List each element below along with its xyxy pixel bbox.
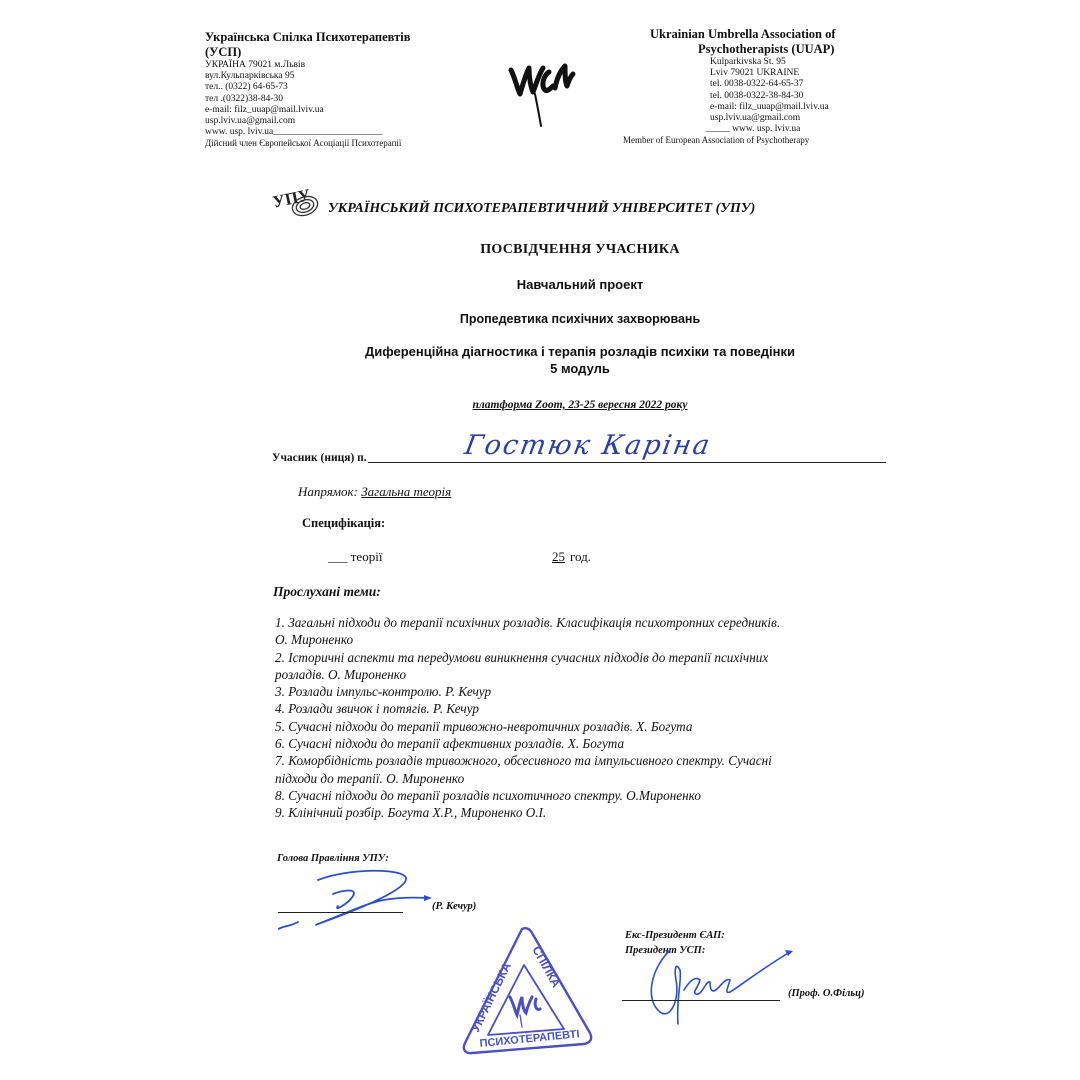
org-name-ua: Українська Спілка Психотерапевтів: [205, 30, 495, 45]
direction-row: Напрямок: Загальна теорія: [298, 484, 451, 500]
email-line: e-mail: filz_uuap@mail.lviv.ua: [205, 105, 495, 116]
topic-item: розладів. О. Мироненко: [275, 666, 895, 683]
theory-blank: ___: [328, 549, 348, 564]
module-title: Диференційна діагностика і терапія розла…: [0, 343, 1080, 360]
org-abbr-en: Psychotherapists (UUAP): [620, 42, 910, 57]
topic-item: 7. Коморбідність розладів тривожного, об…: [275, 752, 895, 769]
project-label: Навчальний проект: [0, 277, 1080, 292]
topic-item: 1. Загальні підходи до терапії психічних…: [275, 614, 895, 631]
topic-item: 3. Розлади імпульс-контролю. Р. Кечур: [275, 683, 895, 700]
topic-item: підходи до терапії. О. Мироненко: [275, 770, 895, 787]
email-line: usp.lviv.ua@gmail.com: [205, 116, 495, 127]
topic-item: 5. Сучасні підходи до терапії тривожно-н…: [275, 718, 895, 735]
address-line: Kulparkivska St. 95: [620, 57, 910, 68]
theory-row: ___ теорії: [328, 549, 382, 565]
course-title: Пропедевтика психічних захворювань: [0, 312, 1080, 326]
email-line: usp.lviv.ua@gmail.com: [620, 113, 910, 124]
head-signature-line: [278, 912, 403, 913]
membership-line: Member of European Association of Psycho…: [620, 135, 910, 146]
participant-underline: [368, 462, 886, 463]
module-block: Диференційна діагностика і терапія розла…: [0, 343, 1080, 377]
hours-value: 25: [552, 549, 565, 564]
topic-item: 8. Сучасні підходи до терапії розладів п…: [275, 787, 895, 804]
certificate-title: ПОСВІДЧЕННЯ УЧАСНИКА: [0, 242, 1080, 258]
upu-logo-icon: УПУ: [272, 182, 322, 220]
president-signature-icon: [640, 940, 800, 1030]
address-line: вул.Кульпарківська 95: [205, 71, 495, 82]
website-line: www. usp. lviv.ua_______________________: [205, 127, 495, 138]
direction-value: Загальна теорія: [361, 484, 451, 499]
head-signature-icon: [278, 866, 478, 934]
email-line: e-mail: filz_uuap@mail.lviv.ua: [620, 102, 910, 113]
head-label: Голова Правління УПУ:: [277, 853, 389, 864]
phone-line: тел .(0322)38-84-30: [205, 94, 495, 105]
topic-item: О. Мироненко: [275, 631, 895, 648]
website-line: _____ www. usp. lviv.ua: [620, 124, 910, 135]
phone-line: tel. 0038-0322-38-84-30: [620, 91, 910, 102]
topic-item: 4. Розлади звичок і потягів. Р. Кечур: [275, 700, 895, 717]
address-line: УКРАЇНА 79021 м.Львів: [205, 60, 495, 71]
hours-unit: год.: [570, 549, 591, 564]
topic-item: 2. Історичні аспекти та передумови виник…: [275, 649, 895, 666]
direction-label: Напрямок:: [298, 484, 361, 499]
president-name: (Проф. О.Фільц): [788, 988, 865, 999]
topic-item: 9. Клінічний розбір. Богута Х.Р., Мироне…: [275, 804, 895, 821]
stamp-icon: УКРАЇНСЬКА СПІЛКА ПСИХОТЕРАПЕВТІВ: [460, 925, 595, 1055]
head-name: (Р. Кечур): [432, 901, 476, 912]
hours-row: 25год.: [552, 549, 591, 565]
theory-label: теорії: [348, 549, 383, 564]
phone-line: tel. 0038-0322-64-65-37: [620, 79, 910, 90]
header-right-block: Ukrainian Umbrella Association of Psycho…: [620, 27, 910, 147]
topics-title: Прослухані теми:: [273, 584, 381, 600]
usp-logo-icon: [505, 48, 577, 128]
participant-label: Учасник (ниця) п.: [272, 452, 367, 464]
org-name-en: Ukrainian Umbrella Association of: [620, 27, 910, 42]
topic-item: 6. Сучасні підходи до терапії афективних…: [275, 735, 895, 752]
header-left-block: Українська Спілка Психотерапевтів (УСП) …: [205, 30, 495, 150]
platform-date: платформа Zoom, 23-25 вересня 2022 року: [0, 399, 1080, 411]
specification-label: Специфікація:: [302, 516, 385, 531]
module-number: 5 модуль: [0, 360, 1080, 377]
participant-handwritten-name: Гостюк Каріна: [462, 430, 714, 461]
topics-list: 1. Загальні підходи до терапії психічних…: [275, 614, 895, 822]
phone-line: тел.. (0322) 64-65-73: [205, 82, 495, 93]
org-abbr-ua: (УСП): [205, 45, 495, 60]
membership-line: Дійсний член Європейської Асоціації Псих…: [205, 138, 495, 149]
university-name: УКРАЇНСЬКИЙ ПСИХОТЕРАПЕВТИЧНИЙ УНІВЕРСИТ…: [328, 201, 755, 217]
president-signature-line: [622, 1000, 780, 1001]
address-line: Lviv 79021 UKRAINE: [620, 68, 910, 79]
